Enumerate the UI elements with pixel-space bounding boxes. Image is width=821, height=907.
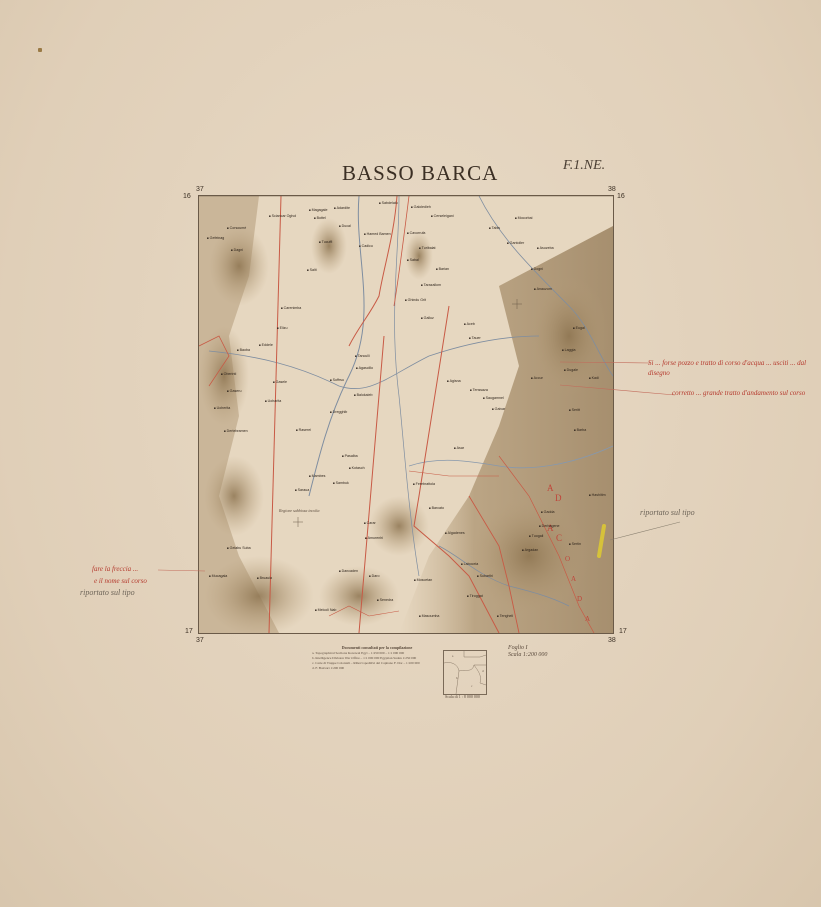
place-marker[interactable]: Algadenes bbox=[445, 531, 465, 535]
place-marker[interactable]: Argadan bbox=[522, 548, 538, 552]
place-marker[interactable]: Asar bbox=[454, 446, 464, 450]
place-marker[interactable]: Dertebramen bbox=[224, 429, 248, 433]
sheet-info: Foglio I Scala 1:200 000 bbox=[508, 645, 547, 659]
place-marker[interactable]: Salti bbox=[307, 268, 317, 272]
svg-text:a: a bbox=[452, 654, 454, 658]
corner-top-right-lat: 16 bbox=[617, 193, 625, 200]
place-marker[interactable]: Baoba bbox=[237, 348, 250, 352]
place-marker[interactable]: Uoherita bbox=[214, 406, 230, 410]
place-marker[interactable]: Mocorbai bbox=[515, 216, 532, 220]
place-marker[interactable]: Asuzeba bbox=[537, 246, 554, 250]
place-marker[interactable]: Turibalat bbox=[419, 246, 436, 250]
place-marker[interactable]: Sabal bbox=[407, 258, 419, 262]
svg-text:A: A bbox=[571, 575, 576, 583]
place-marker[interactable]: Eddele bbox=[259, 343, 273, 347]
place-marker[interactable]: Balokaieb bbox=[354, 393, 372, 397]
notes-line: d. F. Bonvari 1:200 000 bbox=[312, 666, 442, 671]
place-marker[interactable]: Melcoli Nab bbox=[315, 608, 336, 612]
corner-top-left-lat: 16 bbox=[183, 193, 191, 200]
place-marker[interactable]: Carar bbox=[364, 521, 376, 525]
place-marker[interactable]: Ducal bbox=[339, 224, 351, 228]
annotation-left-1: fare la freccia ... bbox=[92, 564, 138, 574]
corner-top-right-lon: 38 bbox=[608, 186, 616, 193]
place-marker[interactable]: Daro bbox=[369, 574, 379, 578]
place-marker[interactable]: Barcato bbox=[429, 506, 444, 510]
place-marker[interactable]: Bruauia bbox=[257, 576, 272, 580]
place-marker[interactable]: Mambes bbox=[309, 474, 325, 478]
place-marker[interactable]: Kotasch bbox=[349, 466, 365, 470]
corner-bottom-right-lat: 17 bbox=[619, 628, 627, 635]
place-marker[interactable]: Masoumha bbox=[419, 614, 439, 618]
map-sheet: BASSO BARCA F.1.NE. 37 16 38 16 17 37 17… bbox=[0, 0, 821, 907]
place-marker[interactable]: Aceb bbox=[464, 322, 475, 326]
place-marker[interactable]: Gaivar bbox=[492, 407, 505, 411]
annotation-right-pencil: riportato sul tipo bbox=[640, 508, 695, 518]
place-marker[interactable]: Magagale bbox=[309, 208, 327, 212]
sheet-code: F.1.NE. bbox=[563, 158, 605, 174]
terrain-layer: A D A C O A D A bbox=[199, 196, 613, 633]
topographic-map[interactable]: A D A C O A D A Sciancar Oghol Adardite … bbox=[198, 195, 614, 634]
svg-text:d: d bbox=[482, 669, 484, 673]
notes-heading: Documenti consultati per la compilazione bbox=[312, 645, 442, 650]
place-marker[interactable]: Anauzum bbox=[534, 287, 552, 291]
place-marker[interactable]: Cerseleigani bbox=[431, 214, 454, 218]
place-marker[interactable]: Agascillo bbox=[356, 366, 373, 370]
place-marker[interactable]: Gasele bbox=[273, 380, 287, 384]
place-marker[interactable]: Moscetan bbox=[414, 578, 432, 582]
place-marker[interactable]: Tuogali bbox=[529, 534, 543, 538]
svg-text:A: A bbox=[585, 615, 590, 623]
place-marker[interactable]: Sertin bbox=[569, 542, 581, 546]
place-marker[interactable]: Derbagene bbox=[539, 524, 559, 528]
corner-bottom-left-lat: 17 bbox=[185, 628, 193, 635]
place-marker[interactable]: Barian bbox=[436, 267, 449, 271]
foglio-scale: Scala 1:200 000 bbox=[508, 652, 547, 659]
place-marker[interactable]: Gefeinag bbox=[207, 236, 224, 240]
place-marker[interactable]: Cadicu bbox=[359, 244, 373, 248]
place-marker[interactable]: Hashitim bbox=[589, 493, 606, 497]
place-marker[interactable]: Sciancar Oghol bbox=[269, 214, 296, 218]
sources-notes: Documenti consultati per la compilazione… bbox=[312, 645, 442, 671]
place-marker[interactable]: Sambuk bbox=[333, 481, 349, 485]
place-marker[interactable]: Tanculli bbox=[355, 354, 370, 358]
annotation-left-pencil: riportato sul tipo bbox=[80, 588, 135, 598]
place-marker[interactable]: Adardite bbox=[334, 206, 350, 210]
corner-bottom-right-lon: 38 bbox=[608, 637, 616, 644]
svg-text:D: D bbox=[577, 595, 582, 603]
place-marker[interactable]: Tauer bbox=[469, 336, 481, 340]
annotation-right-2: corretto ... grande tratto d'andamento s… bbox=[672, 388, 821, 398]
place-marker[interactable]: Raserei bbox=[296, 428, 311, 432]
place-marker[interactable]: Cavorrufa bbox=[407, 231, 425, 235]
place-marker[interactable]: Amurenhi bbox=[365, 536, 383, 540]
place-marker[interactable]: Hamed Bamen bbox=[364, 232, 391, 236]
place-marker[interactable]: Senedra bbox=[377, 598, 393, 602]
place-marker[interactable]: Dogni bbox=[531, 267, 543, 271]
corner-top-left-lon: 37 bbox=[196, 186, 204, 193]
annotation-right-1: Si ... forse pozzo e tratto di corso d'a… bbox=[648, 358, 818, 378]
place-marker[interactable]: Ghindu Grit bbox=[405, 298, 426, 302]
place-marker[interactable]: Mucagala bbox=[209, 574, 227, 578]
svg-text:C: C bbox=[556, 533, 562, 543]
place-marker[interactable]: Gaseru bbox=[227, 389, 241, 393]
place-marker[interactable]: Accur bbox=[531, 376, 543, 380]
place-marker[interactable]: Corsoumè bbox=[227, 226, 246, 230]
place-marker[interactable]: Gadda bbox=[541, 510, 554, 514]
place-marker[interactable]: Elizu bbox=[277, 326, 287, 330]
place-marker[interactable]: Bottel bbox=[314, 216, 326, 220]
corner-bottom-left-lon: 37 bbox=[196, 637, 204, 644]
place-marker[interactable]: Saraua bbox=[295, 488, 309, 492]
place-marker[interactable]: Sabdelalu bbox=[379, 201, 398, 205]
place-marker[interactable]: Uoharita bbox=[265, 399, 281, 403]
place-marker[interactable]: Carenimba bbox=[281, 306, 301, 310]
region-label: Regione sabbiosa incolta bbox=[279, 508, 319, 513]
pin-mark bbox=[38, 48, 42, 52]
place-marker[interactable]: Gantoller bbox=[507, 241, 524, 245]
place-marker[interactable]: Soffrsu bbox=[330, 378, 344, 382]
foglio-number: Foglio I bbox=[508, 645, 547, 652]
place-marker[interactable]: Saugamnel bbox=[483, 396, 504, 400]
place-marker[interactable]: Tabis bbox=[489, 226, 500, 230]
index-map: a b c d bbox=[443, 650, 487, 695]
place-marker[interactable]: Kadi bbox=[589, 376, 599, 380]
place-marker[interactable]: Laggia bbox=[562, 348, 575, 352]
place-marker[interactable]: Pasalba bbox=[342, 454, 358, 458]
svg-text:O: O bbox=[565, 555, 570, 563]
place-marker[interactable]: Tengheli bbox=[497, 614, 513, 618]
place-marker[interactable]: Tucuffi bbox=[319, 240, 332, 244]
place-marker[interactable]: Subarthi bbox=[477, 574, 493, 578]
place-marker[interactable]: Dregghib bbox=[330, 410, 347, 414]
svg-text:A: A bbox=[547, 483, 554, 493]
place-marker[interactable]: Ferebrattola bbox=[413, 482, 435, 486]
svg-text:c: c bbox=[471, 684, 473, 688]
place-marker[interactable]: Seritt bbox=[569, 408, 580, 412]
place-marker[interactable]: Dancaden bbox=[339, 569, 358, 573]
place-marker[interactable]: Laboceia bbox=[461, 562, 478, 566]
place-marker[interactable]: Dagni bbox=[231, 248, 243, 252]
place-marker[interactable]: Tenssaza bbox=[470, 388, 488, 392]
place-marker[interactable]: Dugale bbox=[564, 368, 578, 372]
place-marker[interactable]: Tarazallom bbox=[421, 283, 441, 287]
map-title: BASSO BARCA bbox=[342, 161, 498, 186]
place-marker[interactable]: Barba bbox=[574, 428, 586, 432]
place-marker[interactable]: Galoledieh bbox=[411, 205, 431, 209]
place-marker[interactable]: Tiroggat bbox=[467, 594, 483, 598]
place-marker[interactable]: Galluz bbox=[421, 316, 434, 320]
place-marker[interactable]: Gelabu Suba bbox=[227, 546, 251, 550]
place-marker[interactable]: Oberinti bbox=[221, 372, 236, 376]
place-marker[interactable]: Eugal bbox=[573, 326, 585, 330]
svg-text:D: D bbox=[555, 493, 562, 503]
index-map-scale: Scala di 1 : 8 000 000 bbox=[445, 694, 480, 699]
place-marker[interactable]: Agisna bbox=[447, 379, 461, 383]
annotation-left-2: e il nome sul corso bbox=[94, 576, 147, 586]
